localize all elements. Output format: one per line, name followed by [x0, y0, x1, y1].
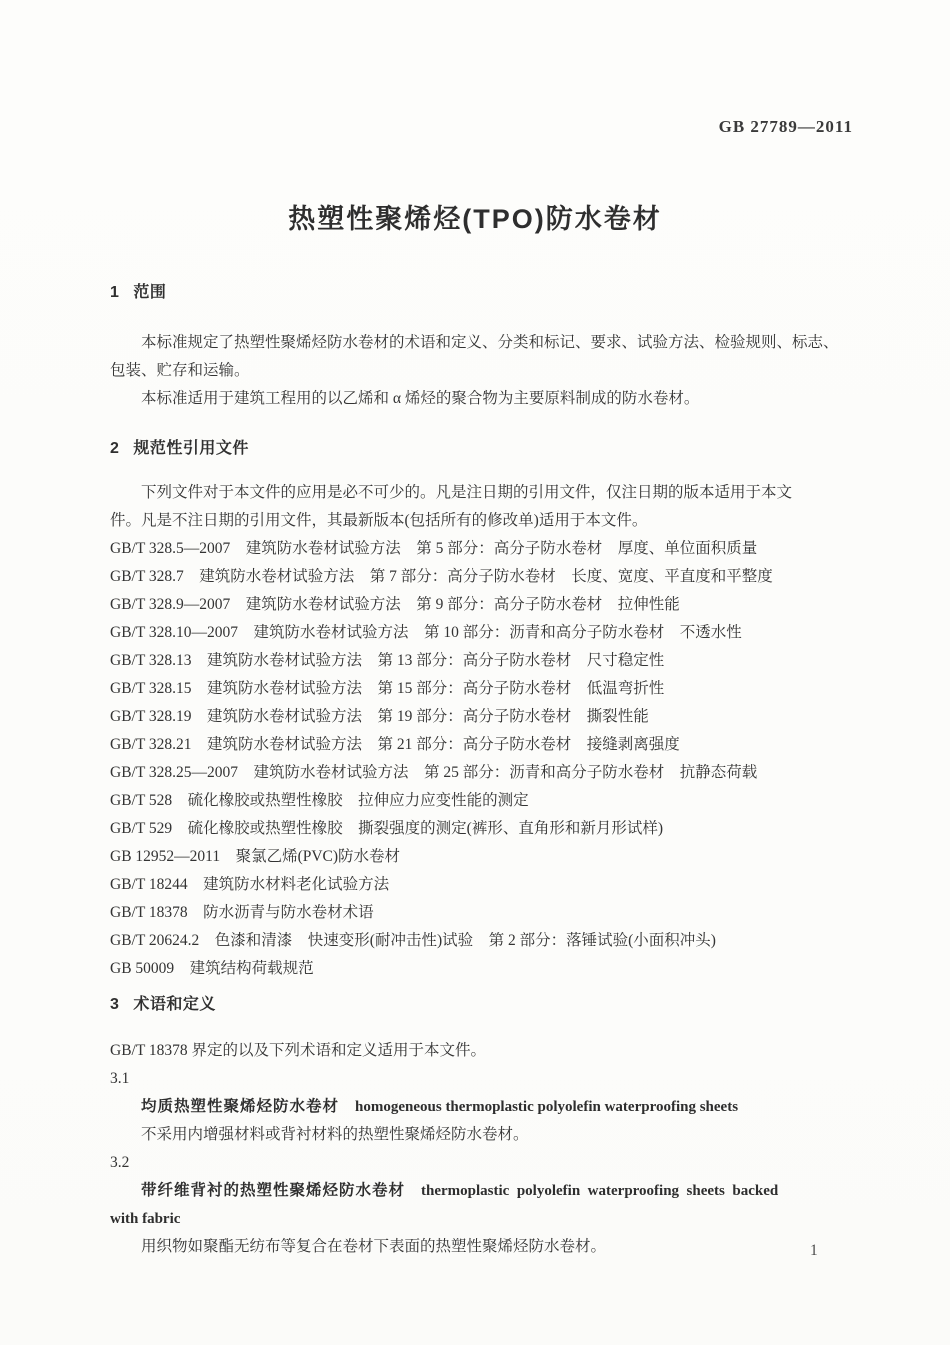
section-references-intro: 下列文件对于本文件的应用是必不可少的。凡是注日期的引用文件，仅注日期的版本适用于…: [110, 479, 855, 535]
term-chinese: 带纤维背衬的热塑性聚烯烃防水卷材: [141, 1182, 405, 1199]
section-scope-body: 本标准规定了热塑性聚烯烃防水卷材的术语和定义、分类和标记、要求、试验方法、检验规…: [110, 329, 855, 413]
paragraph: GB/T 18378 界定的以及下列术语和定义适用于本文件。: [110, 1037, 855, 1065]
reference-item: GB/T 20624.2 色漆和清漆 快速变形(耐冲击性)试验 第 2 部分：落…: [110, 927, 855, 955]
document-content: 1范围 本标准规定了热塑性聚烯烃防水卷材的术语和定义、分类和标记、要求、试验方法…: [110, 283, 855, 1261]
section-heading-normative-references: 2规范性引用文件: [110, 439, 855, 459]
reference-item: GB 12952—2011 聚氯乙烯(PVC)防水卷材: [110, 843, 855, 871]
reference-item: GB/T 328.10—2007 建筑防水卷材试验方法 第 10 部分：沥青和高…: [110, 619, 855, 647]
reference-item: GB/T 328.15 建筑防水卷材试验方法 第 15 部分：高分子防水卷材 低…: [110, 675, 855, 703]
reference-item: GB/T 528 硫化橡胶或热塑性橡胶 拉伸应力应变性能的测定: [110, 787, 855, 815]
document-title: 热塑性聚烯烃(TPO)防水卷材: [0, 197, 950, 236]
document-page: GB 27789—2011 热塑性聚烯烃(TPO)防水卷材 1范围 本标准规定了…: [0, 0, 950, 1345]
reference-item: GB/T 18244 建筑防水材料老化试验方法: [110, 871, 855, 899]
term-number: 3.2: [110, 1149, 855, 1177]
section-number: 1: [110, 283, 119, 303]
section-heading-terms-definitions: 3术语和定义: [110, 995, 855, 1015]
term-english: homogeneous thermoplastic polyolefin wat…: [355, 1099, 738, 1115]
section-title: 范围: [133, 284, 166, 301]
reference-item: GB/T 18378 防水沥青与防水卷材术语: [110, 899, 855, 927]
reference-item: GB/T 328.7 建筑防水卷材试验方法 第 7 部分：高分子防水卷材 长度、…: [110, 563, 855, 591]
term-number: 3.1: [110, 1065, 855, 1093]
term-definition: 不采用内增强材料或背衬材料的热塑性聚烯烃防水卷材。: [110, 1121, 855, 1149]
paragraph: 下列文件对于本文件的应用是必不可少的。凡是注日期的引用文件，仅注日期的版本适用于…: [110, 479, 855, 535]
reference-item: GB/T 328.9—2007 建筑防水卷材试验方法 第 9 部分：高分子防水卷…: [110, 591, 855, 619]
page-number: 1: [810, 1242, 818, 1260]
reference-list: GB/T 328.5—2007 建筑防水卷材试验方法 第 5 部分：高分子防水卷…: [110, 535, 855, 983]
section-number: 3: [110, 995, 119, 1015]
term-chinese: 均质热塑性聚烯烃防水卷材: [141, 1098, 339, 1115]
term-definition: 用织物如聚酯无纺布等复合在卷材下表面的热塑性聚烯烃防水卷材。: [110, 1233, 855, 1261]
paragraph: 本标准规定了热塑性聚烯烃防水卷材的术语和定义、分类和标记、要求、试验方法、检验规…: [110, 329, 855, 385]
reference-item: GB/T 529 硫化橡胶或热塑性橡胶 撕裂强度的测定(裤形、直角形和新月形试样…: [110, 815, 855, 843]
section-terms-intro: GB/T 18378 界定的以及下列术语和定义适用于本文件。: [110, 1037, 855, 1065]
section-title: 术语和定义: [133, 996, 216, 1013]
section-title: 规范性引用文件: [133, 440, 249, 457]
doc-code: GB 27789—2011: [719, 117, 853, 137]
term-heading: 均质热塑性聚烯烃防水卷材homogeneous thermoplastic po…: [110, 1093, 855, 1121]
reference-item: GB/T 328.25—2007 建筑防水卷材试验方法 第 25 部分：沥青和高…: [110, 759, 855, 787]
term-heading: 带纤维背衬的热塑性聚烯烃防水卷材thermoplastic polyolefin…: [110, 1177, 855, 1233]
reference-item: GB/T 328.5—2007 建筑防水卷材试验方法 第 5 部分：高分子防水卷…: [110, 535, 855, 563]
section-number: 2: [110, 439, 119, 459]
terms-list: 3.1 均质热塑性聚烯烃防水卷材homogeneous thermoplasti…: [110, 1065, 855, 1261]
reference-item: GB/T 328.13 建筑防水卷材试验方法 第 13 部分：高分子防水卷材 尺…: [110, 647, 855, 675]
reference-item: GB/T 328.19 建筑防水卷材试验方法 第 19 部分：高分子防水卷材 撕…: [110, 703, 855, 731]
reference-item: GB 50009 建筑结构荷载规范: [110, 955, 855, 983]
section-heading-scope: 1范围: [110, 283, 855, 303]
paragraph: 本标准适用于建筑工程用的以乙烯和 α 烯烃的聚合物为主要原料制成的防水卷材。: [110, 385, 855, 413]
reference-item: GB/T 328.21 建筑防水卷材试验方法 第 21 部分：高分子防水卷材 接…: [110, 731, 855, 759]
